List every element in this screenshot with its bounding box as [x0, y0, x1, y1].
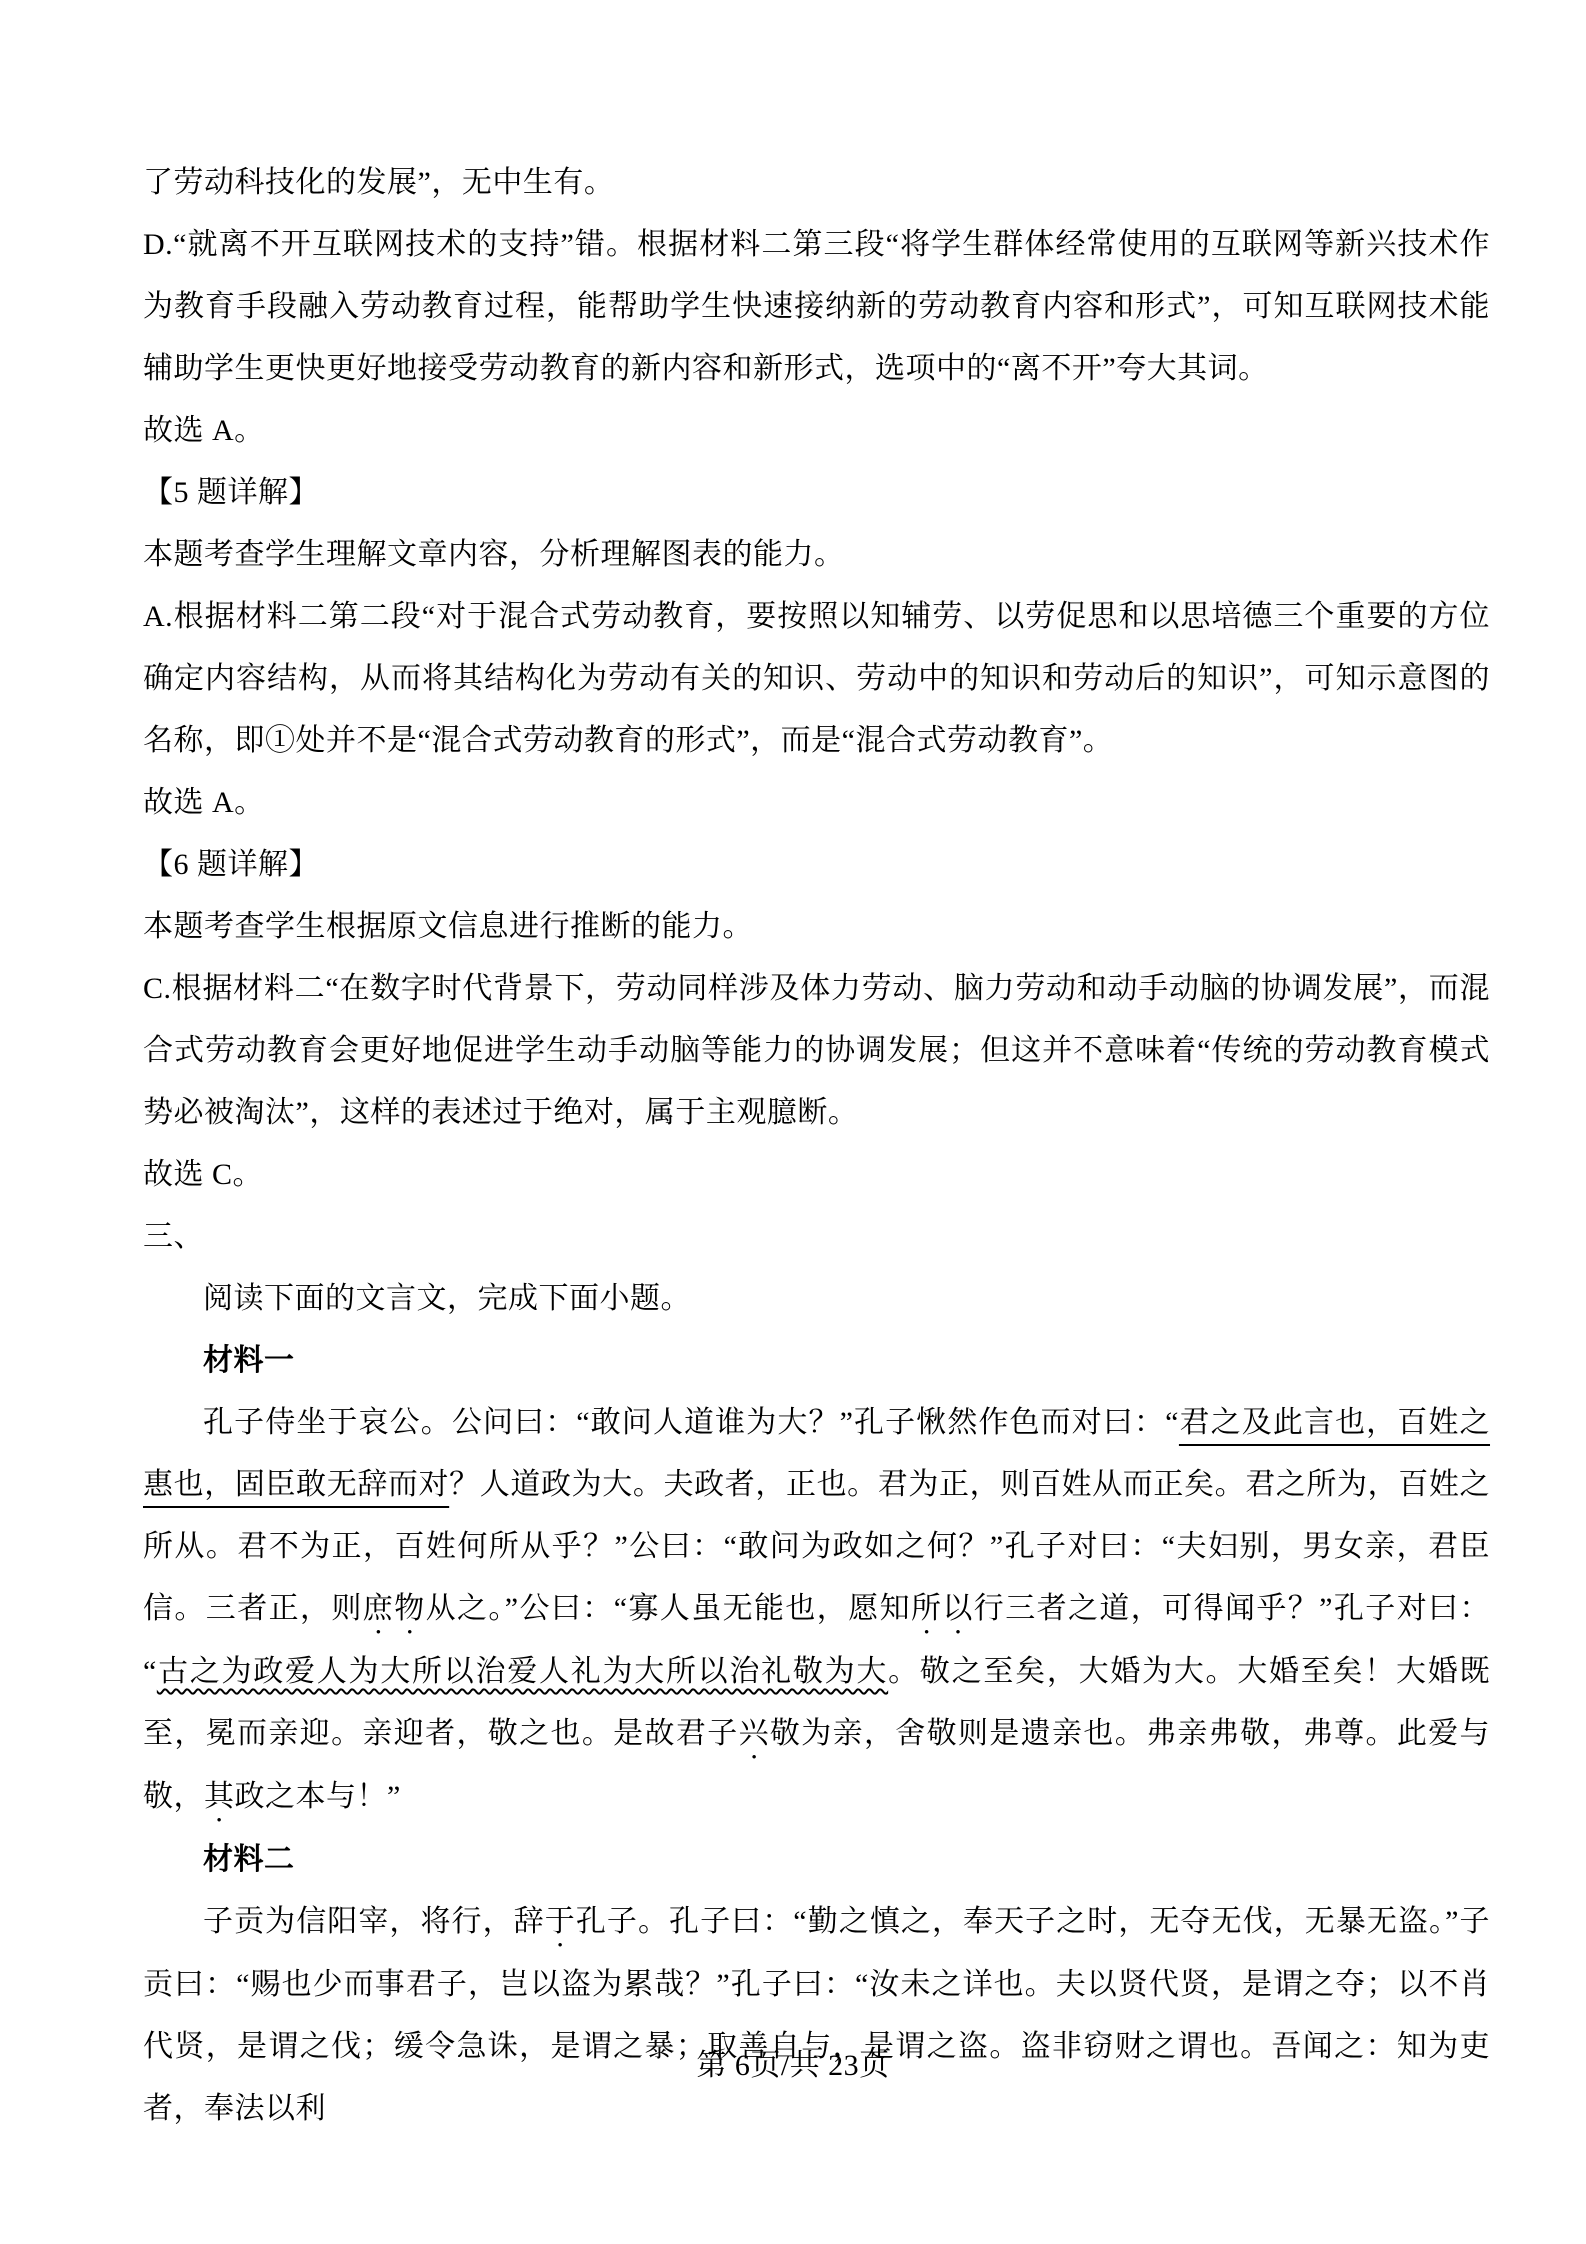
m1-text: 从之。”公曰：“寡人虽无能也，愿知 — [426, 1592, 911, 1625]
m2-emphasized-text: 于 — [545, 1905, 576, 1938]
material-1-label: 材料一 — [143, 1330, 1490, 1392]
document-body: 了劳动科技化的发展”，无中生有。 D.“就离不开互联网技术的支持”错。根据材料二… — [143, 152, 1490, 2140]
section-3-instruction: 阅读下面的文言文，完成下面小题。 — [143, 1268, 1490, 1330]
m2-text: 孔子。孔子曰：“勤之慎之，奉天子之时，无夺无伐，无暴无盗。”子贡曰：“赐也少而事… — [143, 1905, 1490, 2125]
explanation-6-body: C.根据材料二“在数字时代背景下，劳动同样涉及体力劳动、脑力劳动和动手动脑的协调… — [143, 958, 1490, 1144]
classical-text-1: 孔子侍坐于哀公。公问曰：“敢问人道谁为大？”孔子愀然作色而对曰：“君之及此言也，… — [143, 1392, 1490, 1829]
m1-emphasized-text: 其 — [204, 1780, 235, 1813]
m1-emphasized-text: 庶物 — [363, 1592, 426, 1625]
explanation-5-intro: 本题考查学生理解文章内容，分析理解图表的能力。 — [143, 524, 1490, 586]
analysis-d-answer: 故选 A。 — [143, 400, 1490, 462]
explanation-6-heading: 【6 题详解】 — [143, 834, 1490, 896]
m1-emphasized-text: 兴 — [739, 1717, 770, 1750]
m1-text: 政之本与！” — [235, 1780, 401, 1813]
analysis-option-d: D.“就离不开互联网技术的支持”错。根据材料二第三段“将学生群体经常使用的互联网… — [143, 214, 1490, 400]
m1-emphasized-text: 所以 — [911, 1592, 974, 1625]
explanation-5-body: A.根据材料二第二段“对于混合式劳动教育，要按照以知辅劳、以劳促思和以思培德三个… — [143, 586, 1490, 772]
explanation-5-heading: 【5 题详解】 — [143, 462, 1490, 524]
explanation-6-answer: 故选 C。 — [143, 1144, 1490, 1206]
analysis-d-carryover: 了劳动科技化的发展”，无中生有。 — [143, 152, 1490, 214]
m1-wavy-underlined-text: 古之为政爱人为大所以治爱人礼为大所以治礼敬为大 — [157, 1655, 888, 1688]
page-number: 第 6页/共 23页 — [0, 2040, 1586, 2084]
document-page: 了劳动科技化的发展”，无中生有。 D.“就离不开互联网技术的支持”错。根据材料二… — [0, 0, 1586, 2244]
explanation-5-answer: 故选 A。 — [143, 772, 1490, 834]
explanation-6-intro: 本题考查学生根据原文信息进行推断的能力。 — [143, 896, 1490, 958]
classical-text-2: 子贡为信阳宰，将行，辞于孔子。孔子曰：“勤之慎之，奉天子之时，无夺无伐，无暴无盗… — [143, 1891, 1490, 2140]
material-2-label: 材料二 — [143, 1829, 1490, 1891]
section-3-heading: 三、 — [143, 1206, 1490, 1268]
m2-text: 子贡为信阳宰，将行，辞 — [203, 1905, 545, 1938]
m1-text: 孔子侍坐于哀公。公问曰：“敢问人道谁为大？”孔子愀然作色而对曰：“ — [203, 1406, 1179, 1439]
